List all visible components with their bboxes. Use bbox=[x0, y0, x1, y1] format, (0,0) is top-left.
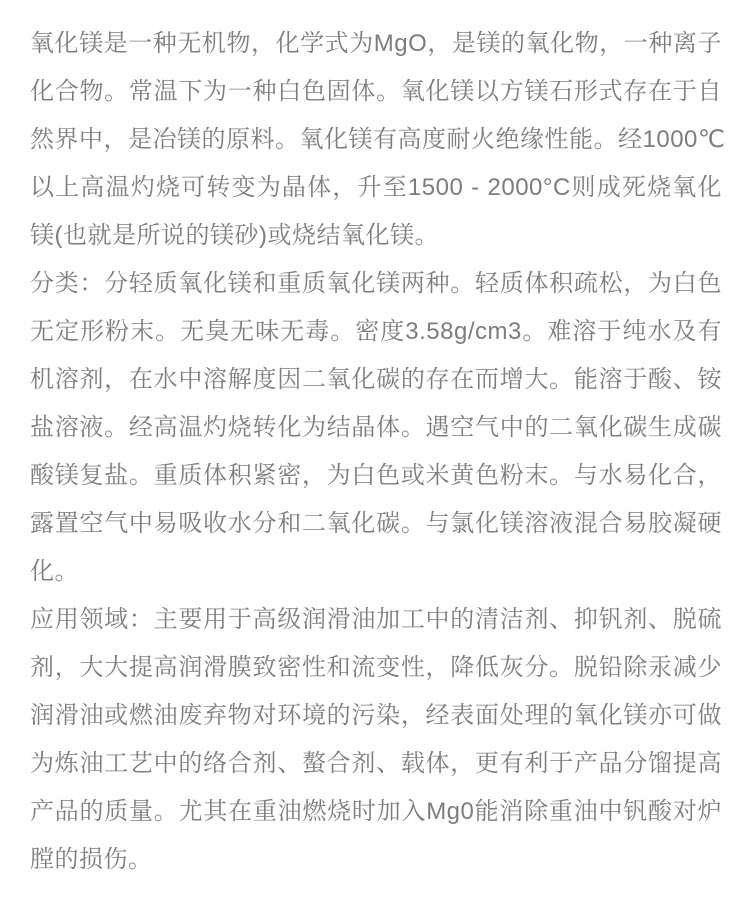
text-line: 酸镁复盐。重质体积紧密，为白色或米黄色粉末。与水易化合， bbox=[30, 452, 722, 500]
text-line: 氧化镁是一种无机物，化学式为MgO，是镁的氧化物，一种离子 bbox=[30, 20, 722, 68]
text-line: 剂，大大提高润滑膜致密性和流变性，降低灰分。脱铅除汞减少 bbox=[30, 644, 722, 692]
paragraph-applications: 应用领域：主要用于高级润滑油加工中的清洁剂、抑钒剂、脱硫 剂，大大提高润滑膜致密… bbox=[30, 596, 722, 884]
text-line: 然界中，是冶镁的原料。氧化镁有高度耐火绝缘性能。经1000℃ bbox=[30, 116, 722, 164]
text-line: 盐溶液。经高温灼烧转化为结晶体。遇空气中的二氧化碳生成碳 bbox=[30, 404, 722, 452]
text-line: 化。 bbox=[30, 548, 722, 596]
text-line: 镁(也就是所说的镁砂)或烧结氧化镁。 bbox=[30, 212, 722, 260]
article-body: 氧化镁是一种无机物，化学式为MgO，是镁的氧化物，一种离子 化合物。常温下为一种… bbox=[30, 20, 722, 884]
text-line: 应用领域：主要用于高级润滑油加工中的清洁剂、抑钒剂、脱硫 bbox=[30, 596, 722, 644]
text-line: 分类：分轻质氧化镁和重质氧化镁两种。轻质体积疏松，为白色 bbox=[30, 260, 722, 308]
text-line: 露置空气中易吸收水分和二氧化碳。与氯化镁溶液混合易胶凝硬 bbox=[30, 500, 722, 548]
paragraph-intro: 氧化镁是一种无机物，化学式为MgO，是镁的氧化物，一种离子 化合物。常温下为一种… bbox=[30, 20, 722, 260]
text-line: 润滑油或燃油废弃物对环境的污染，经表面处理的氧化镁亦可做 bbox=[30, 692, 722, 740]
text-line: 无定形粉末。无臭无味无毒。密度3.58g/cm3。难溶于纯水及有 bbox=[30, 308, 722, 356]
text-line: 以上高温灼烧可转变为晶体，升至1500 - 2000°C则成死烧氧化 bbox=[30, 164, 722, 212]
text-line: 产品的质量。尤其在重油燃烧时加入Mg0能消除重油中钒酸对炉 bbox=[30, 788, 722, 836]
text-line: 化合物。常温下为一种白色固体。氧化镁以方镁石形式存在于自 bbox=[30, 68, 722, 116]
text-line: 机溶剂，在水中溶解度因二氧化碳的存在而增大。能溶于酸、铵 bbox=[30, 356, 722, 404]
text-line: 膛的损伤。 bbox=[30, 836, 722, 884]
paragraph-classification: 分类：分轻质氧化镁和重质氧化镁两种。轻质体积疏松，为白色 无定形粉末。无臭无味无… bbox=[30, 260, 722, 596]
article-page: 氧化镁是一种无机物，化学式为MgO，是镁的氧化物，一种离子 化合物。常温下为一种… bbox=[0, 0, 750, 904]
text-line: 为炼油工艺中的络合剂、螯合剂、载体，更有利于产品分馏提高 bbox=[30, 740, 722, 788]
